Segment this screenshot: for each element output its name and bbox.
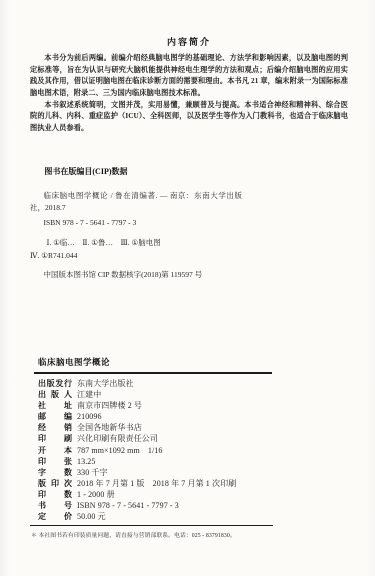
quality-footnote: ＊ 本社图书若有印装质量问题，请直接与营销部联系。电话：025 - 837918… bbox=[30, 530, 348, 539]
colophon-row: 印刷兴化印刷有限责任公司 bbox=[30, 433, 348, 444]
colophon-row-label: 印张 bbox=[38, 456, 72, 467]
colophon-row-label: 书号 bbox=[38, 500, 72, 511]
cip-header: 图书在版编目(CIP)数据 bbox=[30, 166, 348, 179]
colophon-row-value: 1 - 2000 册 bbox=[77, 489, 115, 500]
book-copyright-page: 内容简介 本书分为前后两编。前编介绍经典脑电图学的基础理论、方法学和影响因素，以… bbox=[0, 0, 375, 576]
abstract-title: 内容简介 bbox=[30, 36, 348, 48]
colophon-row-value: 兴化印刷有限责任公司 bbox=[77, 433, 158, 444]
colophon-row-value: 2018 年 7 月第 1 版 2018 年 7 月第 1 次印刷 bbox=[77, 478, 236, 489]
colophon-row: 出版人江建中 bbox=[30, 389, 348, 400]
colophon-row-label: 出版人 bbox=[38, 389, 72, 400]
colophon-row-label: 社址 bbox=[38, 400, 72, 411]
colophon-row-value: 787 mm×1092 mm 1/16 bbox=[77, 445, 163, 456]
colophon-row-value: 13.25 bbox=[77, 456, 96, 467]
colophon-row: 印张13.25 bbox=[30, 456, 348, 467]
colophon-row: 社址南京市四牌楼 2 号 bbox=[30, 400, 348, 411]
cip-isbn: ISBN 978 - 7 - 5641 - 7797 - 3 bbox=[30, 217, 348, 230]
colophon-row-value: 东南大学出版社 bbox=[77, 378, 134, 389]
colophon-row: 开本787 mm×1092 mm 1/16 bbox=[30, 445, 348, 456]
colophon-row-label: 印数 bbox=[38, 489, 72, 500]
abstract-paragraph-1: 本书分为前后两编。前编介绍经典脑电图学的基础理论、方法学和影响因素，以及脑电图的… bbox=[30, 53, 348, 99]
cip-classification-line-1: Ⅰ. ①临… Ⅱ. ①鲁… Ⅲ. ①脑电图 bbox=[30, 237, 348, 250]
colophon-row-label: 定价 bbox=[38, 511, 72, 522]
colophon-row-label: 出版发行 bbox=[38, 378, 72, 389]
colophon-row-value: 50.00 元 bbox=[77, 511, 106, 522]
colophon-row: 邮编210096 bbox=[30, 411, 348, 422]
colophon-row-value: ISBN 978 - 7 - 5641 - 7797 - 3 bbox=[77, 500, 179, 511]
colophon-table: 出版发行东南大学出版社出版人江建中社址南京市四牌楼 2 号邮编210096经销全… bbox=[30, 378, 348, 523]
colophon-row-label: 邮编 bbox=[38, 411, 72, 422]
colophon-row-value: 全国各地新华书店 bbox=[77, 422, 142, 433]
cip-record-number: 中国版本图书馆 CIP 数据核字(2018)第 119597 号 bbox=[30, 269, 348, 282]
colophon-section: 临床脑电图学概论 出版发行东南大学出版社出版人江建中社址南京市四牌楼 2 号邮编… bbox=[30, 356, 348, 539]
colophon-row-label: 字数 bbox=[38, 467, 72, 478]
abstract-section: 内容简介 本书分为前后两编。前编介绍经典脑电图学的基础理论、方法学和影响因素，以… bbox=[30, 36, 348, 135]
colophon-row: 出版发行东南大学出版社 bbox=[30, 378, 348, 389]
colophon-row-label: 版印次 bbox=[38, 478, 72, 489]
book-title: 临床脑电图学概论 bbox=[30, 356, 348, 368]
colophon-row: 字数330 千字 bbox=[30, 467, 348, 478]
cip-classification-line-2: Ⅳ. ①R741.044 bbox=[30, 250, 348, 263]
colophon-row: 经销全国各地新华书店 bbox=[30, 422, 348, 433]
colophon-row-value: 210096 bbox=[77, 411, 102, 422]
colophon-row: 印数1 - 2000 册 bbox=[30, 489, 348, 500]
divider-rule-bottom bbox=[30, 525, 273, 527]
colophon-row-value: 江建中 bbox=[77, 389, 101, 400]
colophon-row: 书号ISBN 978 - 7 - 5641 - 7797 - 3 bbox=[30, 500, 348, 511]
divider-rule-top bbox=[34, 372, 272, 374]
colophon-row: 定价50.00 元 bbox=[30, 511, 348, 522]
colophon-row-label: 开本 bbox=[38, 445, 72, 456]
cip-section: 图书在版编目(CIP)数据 临床脑电图学概论 / 鲁在清编著. — 南京：东南大… bbox=[30, 166, 348, 282]
abstract-paragraph-2: 本书叙述系统简明，文图并茂，实用易懂，兼顾普及与提高。本书适合神经和精神科、综合… bbox=[30, 100, 348, 135]
colophon-row-value: 南京市四牌楼 2 号 bbox=[77, 400, 142, 411]
colophon-row-value: 330 千字 bbox=[77, 467, 108, 478]
colophon-row-label: 印刷 bbox=[38, 433, 72, 444]
colophon-row-label: 经销 bbox=[38, 422, 72, 433]
cip-catalog-entry: 临床脑电图学概论 / 鲁在清编著. — 南京：东南大学出版社，2018.7 bbox=[30, 190, 242, 215]
colophon-row: 版印次2018 年 7 月第 1 版 2018 年 7 月第 1 次印刷 bbox=[30, 478, 348, 489]
